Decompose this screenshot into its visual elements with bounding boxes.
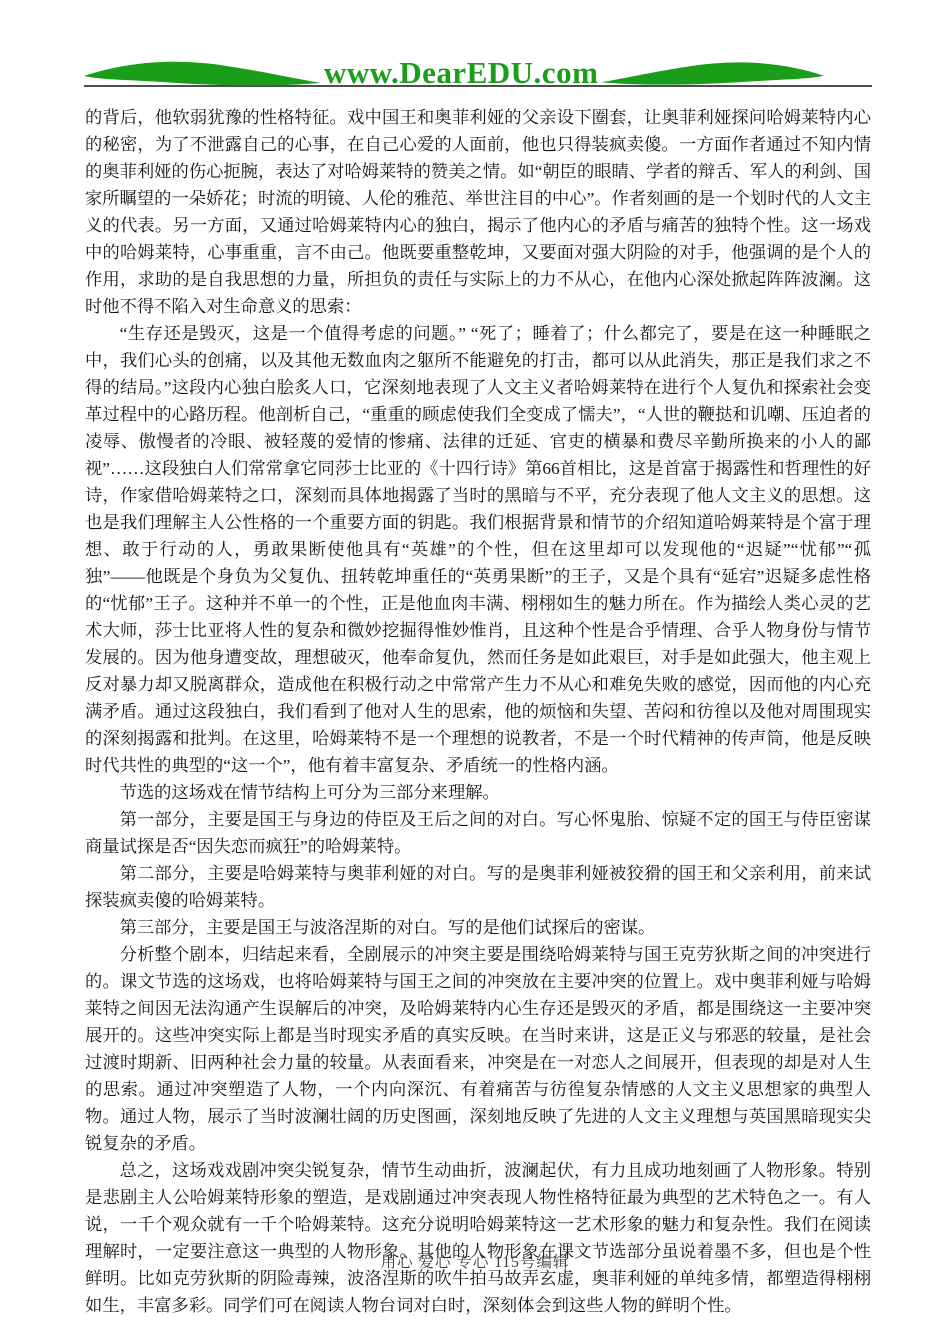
- paragraph: 的背后，他软弱犹豫的性格特征。戏中国王和奥菲利娅的父亲设下圈套，让奥菲利娅探问哈…: [85, 104, 871, 320]
- paragraph: “生存还是毁灭，这是一个值得考虑的问题。” “死了；睡着了；什么都完了，要是在这…: [85, 320, 871, 779]
- logo-left-swoosh-icon: [84, 57, 321, 87]
- paragraph: 第一部分，主要是国王与身边的侍臣及王后之间的对白。写心怀鬼胎、惊疑不定的国王与侍…: [85, 806, 871, 860]
- paragraph: 第二部分，主要是哈姆莱特与奥菲利娅的对白。写的是奥菲利娅被狡猾的国王和父亲利用，…: [85, 860, 871, 914]
- document-page: www.DearEDU.com 的背后，他软弱犹豫的性格特征。戏中国王和奥菲利娅…: [0, 0, 950, 1344]
- page-footer: 用心 爱心 专心 115号编辑: [0, 1250, 950, 1272]
- logo-right-swoosh-icon: [601, 57, 824, 87]
- paragraph: 节选的这场戏在情节结构上可分为三部分来理解。: [85, 779, 871, 806]
- site-logo: www.DearEDU.com: [84, 56, 872, 88]
- paragraph: 分析整个剧本，归结起来看，全剧展示的冲突主要是围绕哈姆莱特与国王克劳狄斯之间的冲…: [85, 941, 871, 1157]
- logo-text: www.DearEDU.com: [321, 57, 601, 88]
- paragraph: 第三部分，主要是国王与波洛涅斯的对白。写的是他们试探后的密谋。: [85, 914, 871, 941]
- site-header: www.DearEDU.com: [84, 56, 872, 87]
- document-body: 的背后，他软弱犹豫的性格特征。戏中国王和奥菲利娅的父亲设下圈套，让奥菲利娅探问哈…: [85, 104, 871, 1319]
- paragraph: 总之，这场戏戏剧冲突尖锐复杂，情节生动曲折，波澜起伏，有力且成功地刻画了人物形象…: [85, 1157, 871, 1319]
